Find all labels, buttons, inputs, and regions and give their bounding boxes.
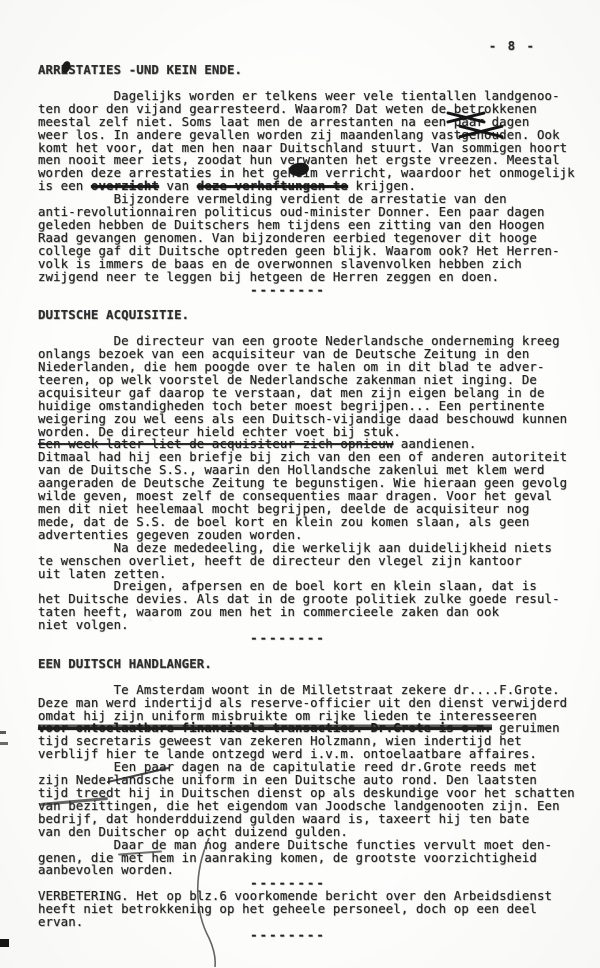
paragraph: Dagelijks worden er telkens weer vele ti… [38, 90, 572, 193]
edge-ink-mark [0, 939, 9, 947]
section-heading: ARRESTATIES -UND KEIN ENDE. [38, 64, 572, 77]
margin-tick-1 [0, 731, 6, 734]
section-heading: DUITSCHE ACQUISITIE. [38, 309, 572, 322]
paragraph: De directeur van een groote Nederlandsch… [38, 335, 572, 542]
margin-tick-2 [0, 742, 8, 745]
section: EEN DUITSCH HANDLANGER. Te Amsterdam woo… [38, 658, 572, 890]
paragraph: VERBETERING. Het op blz.6 voorkomende be… [38, 890, 572, 929]
text-segment: niet volgen. [38, 617, 129, 632]
section: ARRESTATIES -UND KEIN ENDE. Dagelijks wo… [38, 64, 572, 296]
section-divider: -------- [38, 929, 538, 942]
section: VERBETERING. Het op blz.6 voorkomende be… [38, 890, 572, 942]
text-segment: ervan. [38, 914, 83, 929]
section: DUITSCHE ACQUISITIE. De directeur van ee… [38, 309, 572, 645]
paragraph: Daar de man nog andere Duitsche functies… [38, 839, 572, 878]
text-segment: aanbevolen worden. [38, 862, 174, 877]
page-number: - 8 - [489, 40, 536, 53]
paragraph: Bijzondere vermelding verdient de arrest… [38, 193, 572, 283]
text-segment: heeft niet betrokkening op het geheele p… [38, 901, 537, 916]
text-line: heeft niet betrokkening op het geheele p… [38, 903, 572, 916]
paragraph: Te Amsterdam woont in de Milletstraat ze… [38, 684, 572, 839]
document-page: - 8 - ARRESTATIES -UND KEIN ENDE. Dageli… [0, 0, 600, 968]
section-divider: -------- [38, 284, 538, 297]
section-heading: EEN DUITSCH HANDLANGER. [38, 658, 572, 671]
paragraph: Na deze mededeeling, die werkelijk aan d… [38, 542, 572, 581]
section-divider: -------- [38, 632, 538, 645]
paragraph: Dreigen, afpersen en de boel kort en kle… [38, 580, 572, 632]
document-body: ARRESTATIES -UND KEIN ENDE. Dagelijks wo… [38, 64, 572, 942]
